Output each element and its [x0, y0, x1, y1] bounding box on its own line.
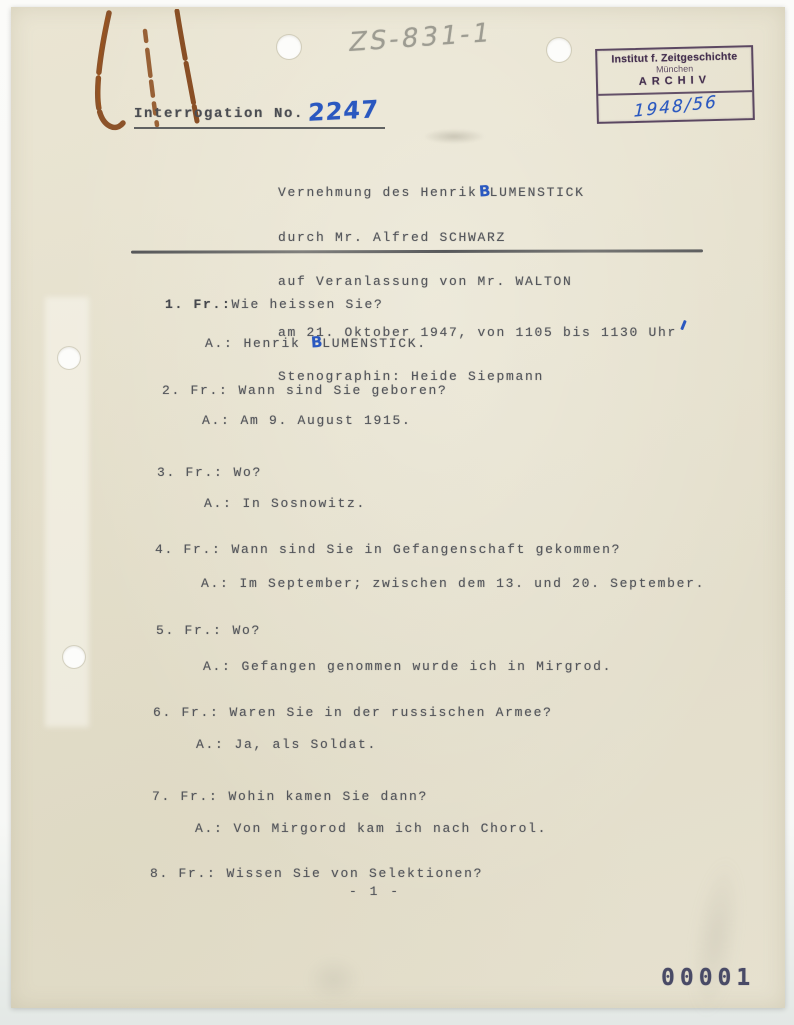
- folio-stamp-number: 00001: [661, 965, 755, 991]
- scanned-document: ZS-831-1 Institut f. Zeitgeschichte Münc…: [0, 0, 794, 1025]
- header-line-subject: Vernehmung des HenrikBLUMENSTICK: [278, 184, 685, 201]
- answer-label: A.:: [196, 737, 225, 752]
- paper-stain: [682, 855, 750, 1020]
- answer-5: A.:Gefangen genommen wurde ich in Mirgro…: [146, 644, 612, 689]
- question-text: Wissen Sie von Selektionen?: [227, 866, 484, 881]
- answer-text: Henrik BLUMENSTICK.: [244, 336, 427, 351]
- paper-stain: [306, 957, 361, 1002]
- answer-text: Ja, als Soldat.: [235, 737, 378, 752]
- question-text: Wann sind Sie in Gefangenschaft gekommen…: [232, 542, 622, 557]
- question-label: 2. Fr.:: [162, 383, 229, 398]
- question-text: Wohin kamen Sie dann?: [229, 789, 429, 804]
- question-text: Wo?: [234, 465, 263, 480]
- blue-tick-mark: [680, 319, 686, 329]
- question-text: Wie heissen Sie?: [232, 297, 384, 312]
- punch-hole: [547, 38, 571, 62]
- punch-hole: [63, 646, 85, 668]
- question-label: 8. Fr.:: [150, 866, 217, 881]
- archive-stamp: Institut f. Zeitgeschichte München ARCHI…: [595, 45, 755, 124]
- answer-6: A.:Ja, als Soldat.: [139, 722, 377, 767]
- archive-stamp-upper: Institut f. Zeitgeschichte München ARCHI…: [597, 47, 752, 96]
- ink-smudge: [423, 129, 485, 144]
- question-text: Waren Sie in der russischen Armee?: [230, 705, 553, 720]
- title-label: Interrogation No.: [134, 106, 304, 122]
- answer-text: In Sosnowitz.: [243, 496, 367, 511]
- answer-text: Gefangen genommen wurde ich in Mirgrod.: [242, 659, 613, 674]
- answer-4: A.:Im September; zwischen dem 13. und 20…: [144, 561, 705, 606]
- handwritten-letter-b: B: [310, 333, 324, 352]
- header-line-interrogator: durch Mr. Alfred SCHWARZ: [278, 231, 685, 246]
- header-subject-pre: Vernehmung des Henrik: [278, 185, 478, 200]
- answer-text-post: LUMENSTICK.: [322, 336, 427, 351]
- stamp-archiv-line: ARCHIV: [598, 73, 752, 89]
- archive-stamp-lower: 1948/56: [598, 92, 753, 119]
- stamp-accession-number: 1948/56: [633, 92, 718, 122]
- answer-text: Am 9. August 1915.: [241, 413, 412, 428]
- answer-text: Von Mirgorod kam ich nach Chorol.: [234, 821, 548, 836]
- question-label: 3. Fr.:: [157, 465, 224, 480]
- answer-label: A.:: [195, 821, 224, 836]
- handwritten-letter-b: B: [478, 184, 492, 199]
- answer-text: Im September; zwischen dem 13. und 20. S…: [240, 576, 706, 591]
- question-label: 6. Fr.:: [153, 705, 220, 720]
- answer-label: A.:: [204, 496, 233, 511]
- document-title: Interrogation No.2247: [134, 97, 385, 129]
- question-label: 4. Fr.:: [155, 542, 222, 557]
- question-8: 8. Fr.:Wissen Sie von Selektionen?: [93, 851, 483, 896]
- punch-hole: [58, 347, 80, 369]
- answer-label: A.:: [201, 576, 230, 591]
- answer-1: A.:Henrik BLUMENSTICK.: [148, 318, 427, 366]
- question-label: 5. Fr.:: [156, 623, 223, 638]
- answer-3: A.:In Sosnowitz.: [147, 481, 366, 526]
- question-label: 7. Fr.:: [152, 789, 219, 804]
- paper-sheet: ZS-831-1 Institut f. Zeitgeschichte Münc…: [11, 7, 785, 1008]
- answer-label: A.:: [203, 659, 232, 674]
- answer-7: A.:Von Mirgorod kam ich nach Chorol.: [138, 806, 547, 851]
- answer-text-pre: Henrik: [244, 336, 311, 351]
- answer-2: A.:Am 9. August 1915.: [145, 398, 412, 443]
- question-label: 1. Fr.:: [165, 297, 232, 312]
- page-number: - 1 -: [349, 884, 401, 899]
- handwritten-interrogation-number: 2247: [307, 95, 379, 127]
- answer-label: A.:: [205, 336, 234, 351]
- question-text: Wann sind Sie geboren?: [239, 383, 448, 398]
- question-text: Wo?: [233, 623, 262, 638]
- header-subject-surname: LUMENSTICK: [490, 185, 585, 200]
- answer-label: A.:: [202, 413, 231, 428]
- punch-hole: [277, 35, 301, 59]
- pencil-reference-number: ZS-831-1: [347, 18, 494, 58]
